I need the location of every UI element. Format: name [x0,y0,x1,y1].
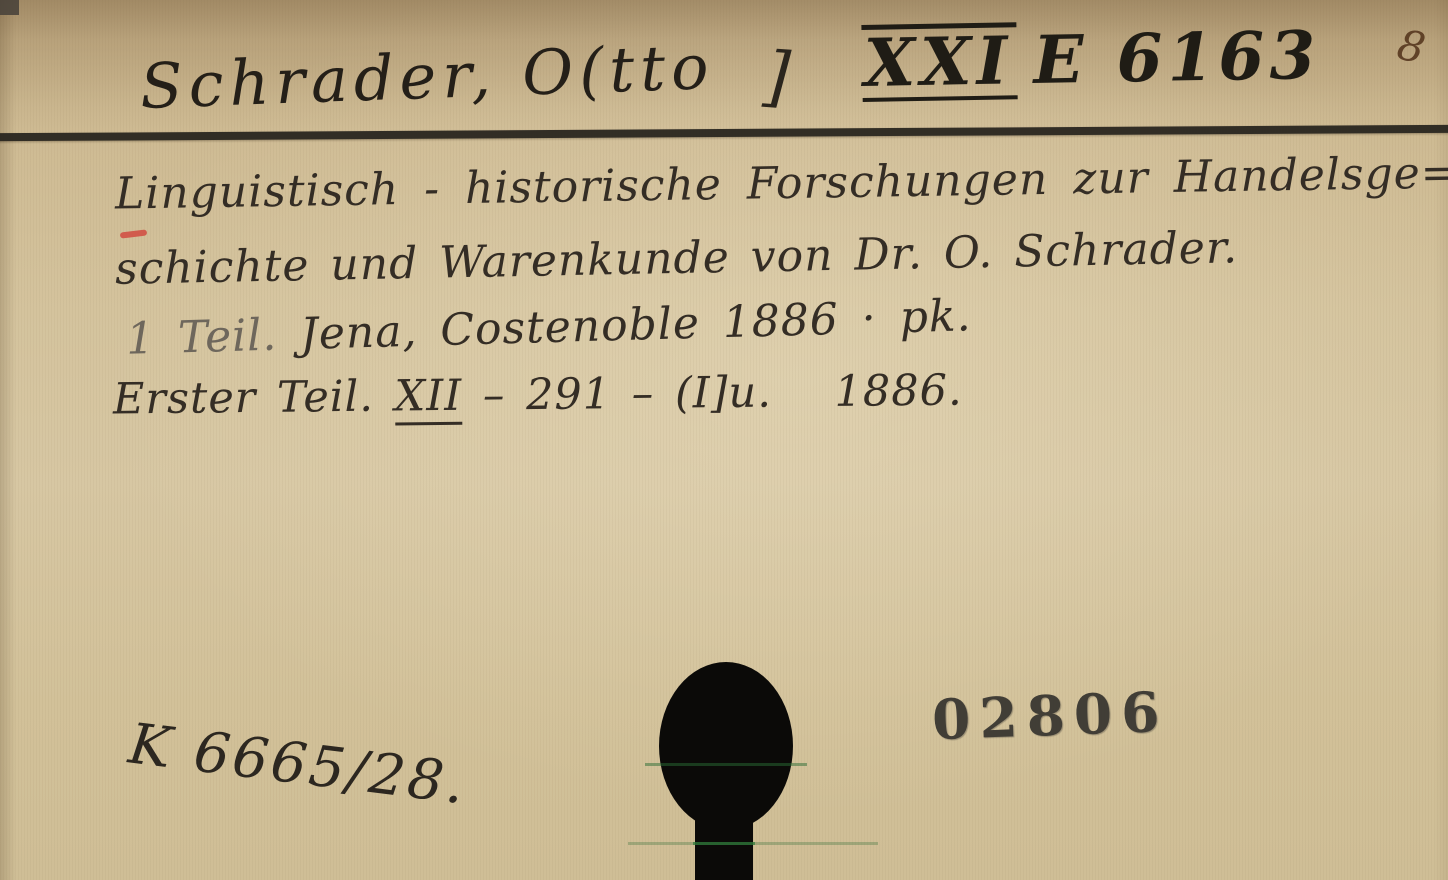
call-number: XXIE 6163 [861,16,1321,102]
title-line-1: Linguistisch - historische Forschungen z… [115,147,1448,219]
catalog-card: Schrader, O(tto ] XXIE 6163 8 Linguistis… [0,0,1448,880]
collation-prefix: Erster Teil. [113,372,374,425]
red-check-mark [120,229,148,238]
format-mark: 8 [1393,20,1429,73]
punch-hole-slot [695,760,753,880]
stamp-number: 02806 [931,679,1169,752]
call-number-value: E 6163 [1033,16,1321,99]
separator-mark: ] [761,37,792,116]
scan-corner-artifact [0,0,19,15]
scan-line-green-1 [645,763,807,766]
punch-hole [659,662,793,830]
header-divider-rule [0,125,1448,141]
call-number-class: XXI [861,22,1018,102]
imprint-line: 1 Teil. Jena, Costenoble 1886 · pk. [125,290,972,365]
scan-line-green-2-bright [693,842,755,845]
author-heading: Schrader, O(tto [139,30,716,123]
collation-rest: – 291 – (I]u. [483,368,772,421]
collation-roman-pages: XII [394,371,462,426]
accession-number: K 6665/28. [125,712,470,818]
title-line-2: schichte und Warenkunde von Dr. O. Schra… [115,222,1239,295]
imprint-pencil-note: 1 Teil. [125,310,277,365]
collation-line: Erster Teil. XII – 291 – (I]u. 1886. [113,366,963,425]
scan-line-green-2 [628,842,878,845]
collation-year: 1886. [834,366,963,417]
imprint-ink-text: Jena, Costenoble 1886 · pk. [299,290,972,360]
